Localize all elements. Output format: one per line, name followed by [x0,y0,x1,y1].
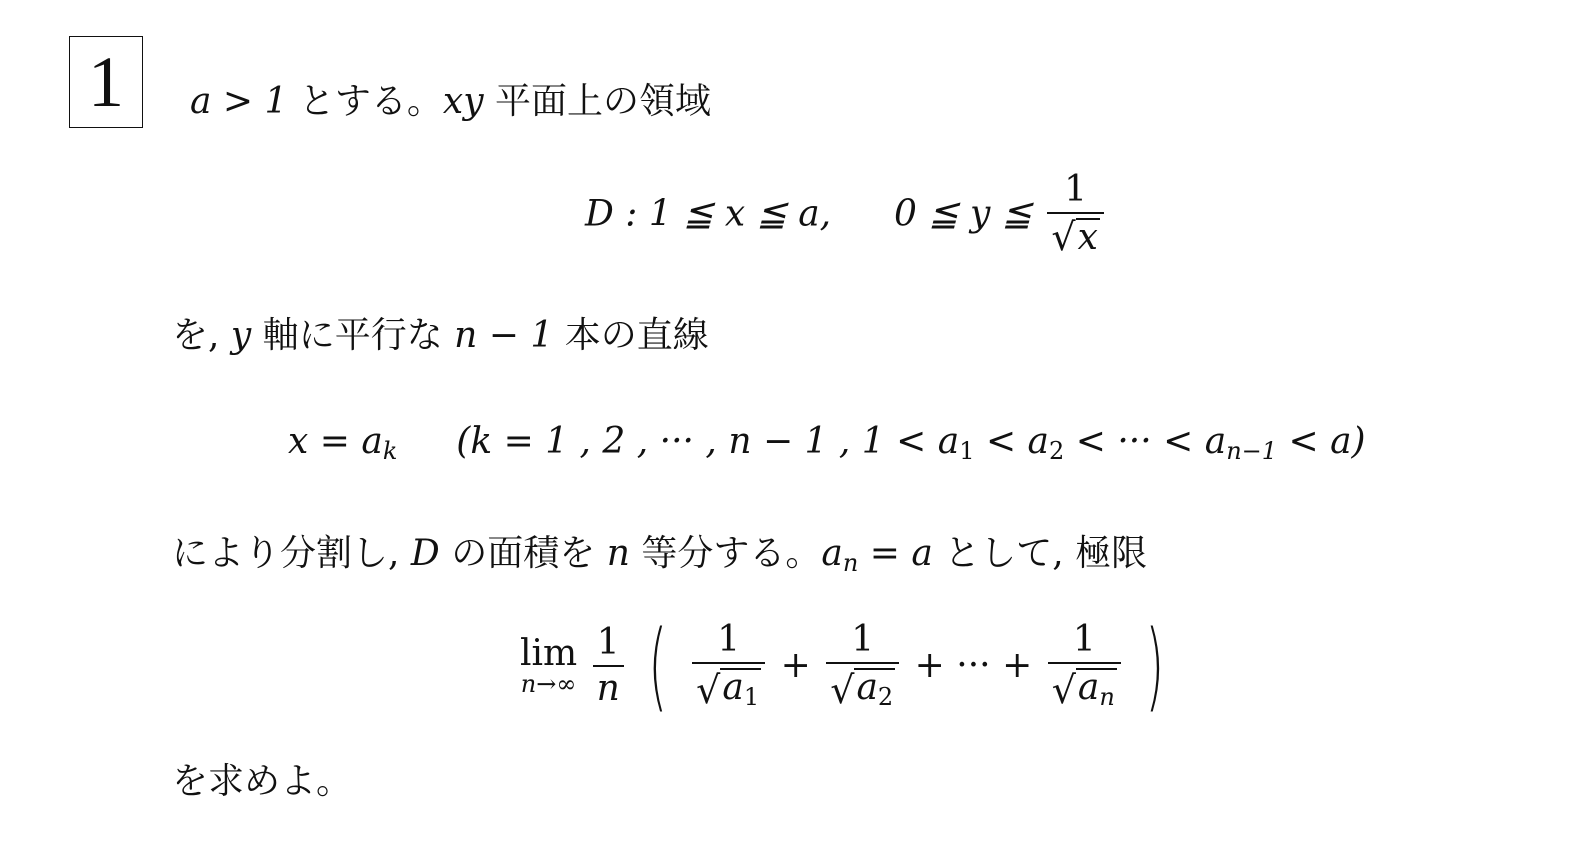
numerator: 1 [593,625,624,665]
closing-line: を求めよ。 [172,764,352,800]
plus: + [781,645,811,686]
fraction-1-over-sqrt-x: 1 √x [1047,172,1104,257]
text: を, [172,315,219,356]
math-n-minus-1: n − 1 [454,315,553,356]
text: 平面上の領域 [495,81,711,122]
fraction-1-over-n: 1 n [593,625,624,707]
subscript: k [383,437,398,465]
math-x-eq-ak: x = a [288,421,383,462]
term-n: 1 √an [1048,622,1121,710]
region-x-range: D : 1 ≦ x ≦ a, [585,194,831,235]
condition: < a) [1277,421,1366,462]
lim-operator: lim n→∞ [520,636,577,696]
dots: ··· [956,645,990,686]
subscript: 1 [959,437,974,465]
var: a [722,667,743,708]
limit-expression: lim n→∞ 1 n ( 1 √a1 + 1 √a2 + ··· + 1 √a… [520,618,1174,714]
text: の面積を [451,533,595,574]
lim: lim [520,636,577,672]
intro-line: a > 1 とする。xy 平面上の領域 [190,84,711,120]
condition: < a [975,421,1050,462]
text: 極限 [1075,533,1147,574]
left-paren: ( [649,618,668,714]
region-y-range: 0 ≦ y ≦ [894,194,1032,235]
text: を求めよ。 [172,761,352,802]
var: a [856,667,877,708]
math-an: a [821,533,842,574]
lim-subscript: n→∞ [521,672,577,696]
numerator: 1 [1060,172,1091,212]
subscript: 1 [744,683,759,711]
numerator: 1 [1069,622,1100,662]
math-D: D [411,533,440,574]
radicand: x [1076,218,1100,256]
text: 等分する。 [641,533,821,574]
math-y: y [231,315,251,356]
math-n: n [607,533,630,574]
text: により分割し, [172,533,399,574]
term-1: 1 √a1 [692,622,765,710]
right-paren: ) [1146,618,1165,714]
subscript: 2 [1049,437,1064,465]
condition: < ··· < a [1064,421,1226,462]
text: として, [944,533,1063,574]
condition: (k = 1 , 2 , ··· , n − 1 , 1 < a [456,421,959,462]
partition-line: を, y 軸に平行な n − 1 本の直線 [172,318,709,354]
numerator: 1 [847,622,878,662]
text: とする。 [299,81,443,122]
denominator: n [593,665,624,707]
math-xy: xy [443,81,484,122]
equal-area-line: により分割し, D の面積を n 等分する。an = a として, 極限 [172,536,1147,575]
subscript: n [843,549,858,577]
plus: + [1002,645,1032,686]
math-a-gt-1: a > 1 [190,81,287,122]
lines-equation: x = ak (k = 1 , 2 , ··· , n − 1 , 1 < a1… [288,424,1366,463]
var: a [1078,667,1099,708]
subscript: n−1 [1226,437,1277,465]
region-definition: D : 1 ≦ x ≦ a, 0 ≦ y ≦ 1 √x [585,172,1108,257]
subscript: n [1099,683,1114,711]
text: 本の直線 [565,315,709,356]
problem-number: 1 [88,46,124,118]
problem-number-box: 1 [69,36,143,128]
plus: + [915,645,945,686]
math-eq-a: = a [858,533,933,574]
numerator: 1 [713,622,744,662]
term-2: 1 √a2 [826,622,899,710]
text: 軸に平行な [263,315,443,356]
subscript: 2 [878,683,893,711]
